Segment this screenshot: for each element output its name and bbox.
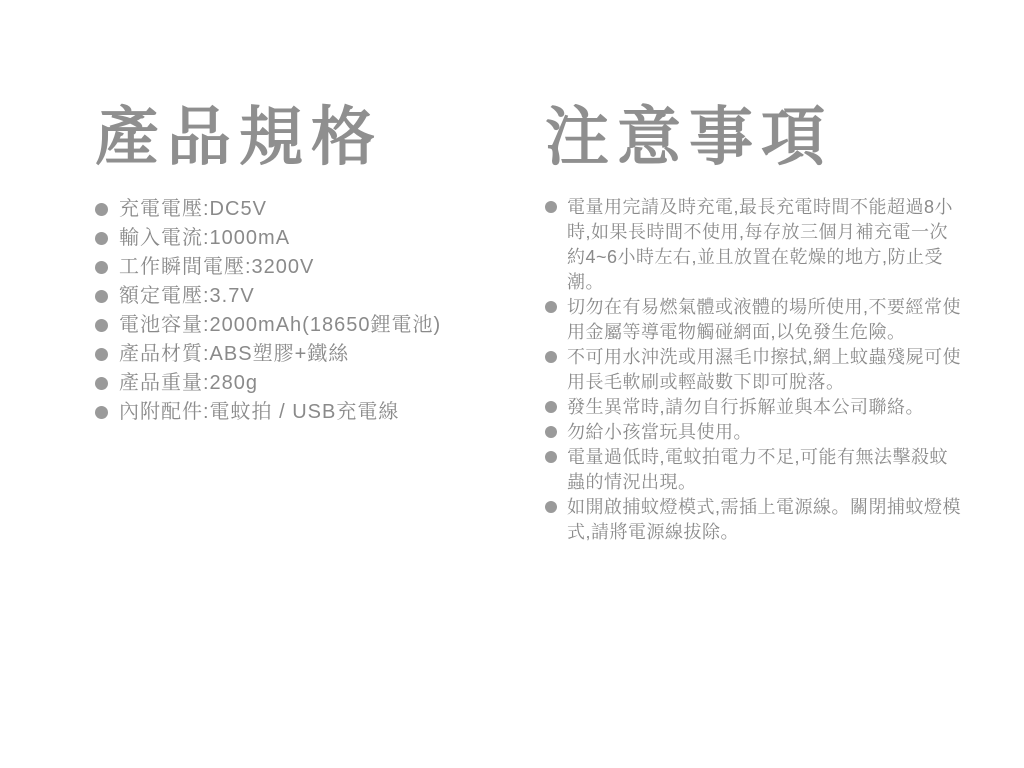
bullet-icon [95, 290, 108, 303]
note-text: 如開啟捕蚊燈模式,需插上電源線。關閉捕蚊燈模式,請將電源線拔除。 [567, 495, 965, 545]
notes-section: 注意事項 電量用完請及時充電,最長充電時間不能超過8小時,如果長時間不使用,每存… [545, 104, 965, 545]
spec-text: 電池容量:2000mAh(18650鋰電池) [119, 311, 545, 340]
note-item: 電量過低時,電蚊拍電力不足,可能有無法擊殺蚊蟲的情況出現。 [545, 445, 965, 495]
note-item: 勿給小孩當玩具使用。 [545, 420, 965, 445]
spec-item: 產品材質:ABS塑膠+鐵絲 [95, 340, 545, 369]
bullet-icon [95, 406, 108, 419]
spec-item: 電池容量:2000mAh(18650鋰電池) [95, 311, 545, 340]
note-item: 發生異常時,請勿自行拆解並與本公司聯絡。 [545, 395, 965, 420]
bullet-icon [545, 501, 557, 513]
bullet-icon [95, 261, 108, 274]
specs-title: 產品規格 [95, 104, 545, 171]
spec-item: 輸入電流:1000mA [95, 224, 545, 253]
note-item: 電量用完請及時充電,最長充電時間不能超過8小時,如果長時間不使用,每存放三個月補… [545, 195, 965, 295]
spec-item: 額定電壓:3.7V [95, 282, 545, 311]
notes-list: 電量用完請及時充電,最長充電時間不能超過8小時,如果長時間不使用,每存放三個月補… [545, 195, 965, 545]
bullet-icon [95, 232, 108, 245]
bullet-icon [545, 201, 557, 213]
spec-item: 內附配件:電蚊拍 / USB充電線 [95, 398, 545, 427]
spec-item: 產品重量:280g [95, 369, 545, 398]
note-text: 勿給小孩當玩具使用。 [567, 420, 965, 445]
note-item: 如開啟捕蚊燈模式,需插上電源線。關閉捕蚊燈模式,請將電源線拔除。 [545, 495, 965, 545]
bullet-icon [545, 451, 557, 463]
specs-list: 充電電壓:DC5V 輸入電流:1000mA 工作瞬間電壓:3200V 額定電壓:… [95, 195, 545, 427]
spec-text: 產品材質:ABS塑膠+鐵絲 [119, 340, 545, 369]
specs-section: 產品規格 充電電壓:DC5V 輸入電流:1000mA 工作瞬間電壓:3200V … [95, 104, 545, 427]
spec-item: 工作瞬間電壓:3200V [95, 253, 545, 282]
bullet-icon [95, 203, 108, 216]
note-item: 切勿在有易燃氣體或液體的場所使用,不要經常使用金屬等導電物觸碰網面,以免發生危險… [545, 295, 965, 345]
bullet-icon [545, 426, 557, 438]
spec-text: 充電電壓:DC5V [119, 195, 545, 224]
note-item: 不可用水沖洗或用濕毛巾擦拭,網上蚊蟲殘屍可使用長毛軟刷或輕敲數下即可脫落。 [545, 345, 965, 395]
spec-text: 輸入電流:1000mA [119, 224, 545, 253]
spec-text: 額定電壓:3.7V [119, 282, 545, 311]
note-text: 發生異常時,請勿自行拆解並與本公司聯絡。 [567, 395, 965, 420]
content-columns: 產品規格 充電電壓:DC5V 輸入電流:1000mA 工作瞬間電壓:3200V … [95, 104, 964, 545]
bullet-icon [545, 351, 557, 363]
spec-text: 工作瞬間電壓:3200V [119, 253, 545, 282]
spec-text: 內附配件:電蚊拍 / USB充電線 [119, 398, 545, 427]
notes-title: 注意事項 [545, 104, 965, 171]
manual-page: 產品規格 充電電壓:DC5V 輸入電流:1000mA 工作瞬間電壓:3200V … [0, 0, 1024, 768]
note-text: 切勿在有易燃氣體或液體的場所使用,不要經常使用金屬等導電物觸碰網面,以免發生危險… [567, 295, 965, 345]
bullet-icon [545, 401, 557, 413]
note-text: 不可用水沖洗或用濕毛巾擦拭,網上蚊蟲殘屍可使用長毛軟刷或輕敲數下即可脫落。 [567, 345, 965, 395]
spec-item: 充電電壓:DC5V [95, 195, 545, 224]
bullet-icon [545, 301, 557, 313]
note-text: 電量用完請及時充電,最長充電時間不能超過8小時,如果長時間不使用,每存放三個月補… [567, 195, 965, 295]
bullet-icon [95, 377, 108, 390]
bullet-icon [95, 319, 108, 332]
note-text: 電量過低時,電蚊拍電力不足,可能有無法擊殺蚊蟲的情況出現。 [567, 445, 965, 495]
bullet-icon [95, 348, 108, 361]
spec-text: 產品重量:280g [119, 369, 545, 398]
